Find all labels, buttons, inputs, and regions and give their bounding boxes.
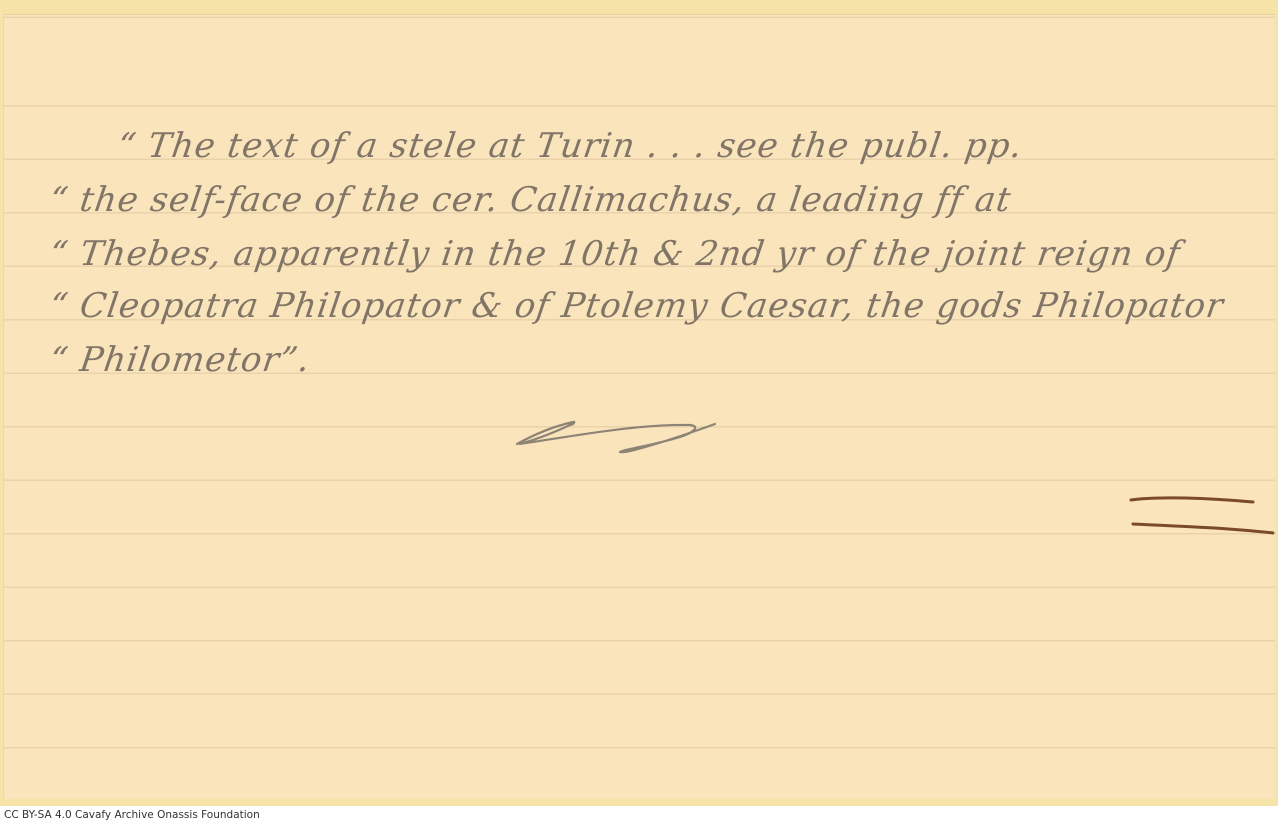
manuscript-line-4: “ Cleopatra Philopator & of Ptolemy Caes…: [47, 286, 1226, 326]
manuscript-line-1: “ The text of a stele at Turin . . . see…: [115, 126, 1025, 166]
manuscript-line-3: “ Thebes, apparently in the 10th & 2nd y…: [47, 234, 1183, 274]
closing-flourish-icon: [515, 412, 725, 457]
ink-margin-marks-icon: [1128, 488, 1278, 543]
credit-footer: CC BY-SA 4.0 Cavafy Archive Onassis Foun…: [4, 809, 260, 821]
manuscript-line-5: “ Philometor”.: [47, 340, 313, 380]
manuscript-line-2: “ the self-face of the cer. Callimachus,…: [47, 180, 1014, 220]
